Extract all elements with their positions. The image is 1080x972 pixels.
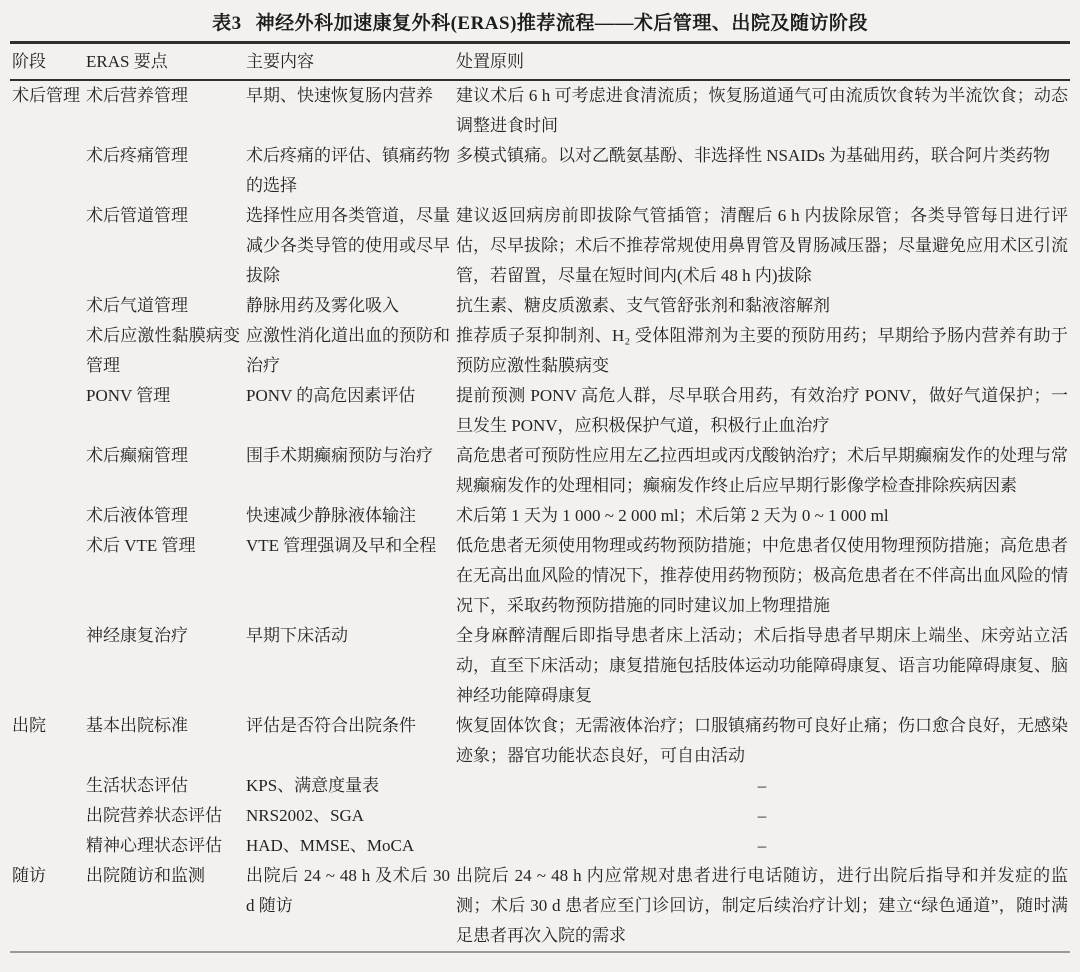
point-cell: 术后营养管理 [86, 80, 246, 141]
table-row: 生活状态评估KPS、满意度量表– [10, 771, 1070, 801]
table-row: PONV 管理PONV 的高危因素评估提前预测 PONV 高危人群，尽早联合用药… [10, 381, 1070, 441]
header-stage: 阶段 [10, 43, 86, 81]
point-cell: 神经康复治疗 [86, 621, 246, 711]
principle-cell: 术后第 1 天为 1 000 ~ 2 000 ml；术后第 2 天为 0 ~ 1… [456, 501, 1070, 531]
stage-cell [10, 201, 86, 291]
content-cell: HAD、MMSE、MoCA [246, 831, 456, 861]
header-main-content: 主要内容 [246, 43, 456, 81]
principle-cell: 出院后 24 ~ 48 h 内应常规对患者进行电话随访，进行出院后指导和并发症的… [456, 861, 1070, 952]
principle-cell: 推荐质子泵抑制剂、H₂ 受体阻滞剂为主要的预防用药；早期给予肠内营养有助于预防应… [456, 321, 1070, 381]
header-principle: 处置原则 [456, 43, 1070, 81]
point-cell: 出院营养状态评估 [86, 801, 246, 831]
principle-cell: 多模式镇痛。以对乙酰氨基酚、非选择性 NSAIDs 为基础用药，联合阿片类药物 [456, 141, 1070, 201]
stage-cell [10, 501, 86, 531]
table-header: 阶段 ERAS 要点 主要内容 处置原则 [10, 43, 1070, 81]
principle-cell: 提前预测 PONV 高危人群，尽早联合用药，有效治疗 PONV，做好气道保护；一… [456, 381, 1070, 441]
content-cell: VTE 管理强调及早和全程 [246, 531, 456, 621]
table-row: 出院营养状态评估NRS2002、SGA– [10, 801, 1070, 831]
principle-cell: 恢复固体饮食；无需液体治疗；口服镇痛药物可良好止痛；伤口愈合良好，无感染迹象；器… [456, 711, 1070, 771]
table-row: 神经康复治疗早期下床活动全身麻醉清醒后即指导患者床上活动；术后指导患者早期床上端… [10, 621, 1070, 711]
point-cell: 术后癫痫管理 [86, 441, 246, 501]
header-row: 阶段 ERAS 要点 主要内容 处置原则 [10, 43, 1070, 81]
point-cell: 术后应激性黏膜病变管理 [86, 321, 246, 381]
stage-cell [10, 621, 86, 711]
stage-cell [10, 771, 86, 801]
principle-cell: 全身麻醉清醒后即指导患者床上活动；术后指导患者早期床上端坐、床旁站立活动，直至下… [456, 621, 1070, 711]
table-row: 术后疼痛管理术后疼痛的评估、镇痛药物的选择多模式镇痛。以对乙酰氨基酚、非选择性 … [10, 141, 1070, 201]
stage-cell [10, 141, 86, 201]
point-cell: 术后疼痛管理 [86, 141, 246, 201]
table-row: 术后应激性黏膜病变管理应激性消化道出血的预防和治疗推荐质子泵抑制剂、H₂ 受体阻… [10, 321, 1070, 381]
point-cell: 术后液体管理 [86, 501, 246, 531]
principle-cell: 建议术后 6 h 可考虑进食清流质；恢复肠道通气可由流质饮食转为半流饮食；动态调… [456, 80, 1070, 141]
table-row: 精神心理状态评估HAD、MMSE、MoCA– [10, 831, 1070, 861]
principle-cell: 低危患者无须使用物理或药物预防措施；中危患者仅使用物理预防措施；高危患者在无高出… [456, 531, 1070, 621]
content-cell: 静脉用药及雾化吸入 [246, 291, 456, 321]
point-cell: 精神心理状态评估 [86, 831, 246, 861]
stage-cell [10, 381, 86, 441]
content-cell: 出院后 24 ~ 48 h 及术后 30 d 随访 [246, 861, 456, 952]
principle-cell: 抗生素、糖皮质激素、支气管舒张剂和黏液溶解剂 [456, 291, 1070, 321]
point-cell: 生活状态评估 [86, 771, 246, 801]
stage-cell: 术后管理 [10, 80, 86, 141]
table-row: 随访出院随访和监测出院后 24 ~ 48 h 及术后 30 d 随访出院后 24… [10, 861, 1070, 952]
principle-cell: – [456, 801, 1070, 831]
stage-cell [10, 531, 86, 621]
content-cell: 快速减少静脉液体输注 [246, 501, 456, 531]
principle-cell: – [456, 771, 1070, 801]
content-cell: 评估是否符合出院条件 [246, 711, 456, 771]
table-body: 术后管理术后营养管理早期、快速恢复肠内营养建议术后 6 h 可考虑进食清流质；恢… [10, 80, 1070, 952]
content-cell: KPS、满意度量表 [246, 771, 456, 801]
stage-cell [10, 801, 86, 831]
table-title-text: 神经外科加速康复外科(ERAS)推荐流程——术后管理、出院及随访阶段 [256, 13, 868, 34]
point-cell: 术后气道管理 [86, 291, 246, 321]
point-cell: 基本出院标准 [86, 711, 246, 771]
principle-cell: – [456, 831, 1070, 861]
stage-cell [10, 831, 86, 861]
point-cell: PONV 管理 [86, 381, 246, 441]
stage-cell [10, 321, 86, 381]
table-row: 术后管道管理选择性应用各类管道，尽量减少各类导管的使用或尽早拔除建议返回病房前即… [10, 201, 1070, 291]
content-cell: 术后疼痛的评估、镇痛药物的选择 [246, 141, 456, 201]
table-row: 术后癫痫管理围手术期癫痫预防与治疗高危患者可预防性应用左乙拉西坦或丙戊酸钠治疗；… [10, 441, 1070, 501]
header-eras-point: ERAS 要点 [86, 43, 246, 81]
document-page: 表3神经外科加速康复外科(ERAS)推荐流程——术后管理、出院及随访阶段 阶段 … [0, 0, 1080, 972]
stage-cell [10, 441, 86, 501]
table-title: 表3神经外科加速康复外科(ERAS)推荐流程——术后管理、出院及随访阶段 [10, 7, 1070, 41]
principle-cell: 建议返回病房前即拔除气管插管；清醒后 6 h 内拔除尿管；各类导管每日进行评估，… [456, 201, 1070, 291]
stage-cell [10, 291, 86, 321]
content-cell: 应激性消化道出血的预防和治疗 [246, 321, 456, 381]
point-cell: 术后管道管理 [86, 201, 246, 291]
content-cell: 围手术期癫痫预防与治疗 [246, 441, 456, 501]
table-row: 术后气道管理静脉用药及雾化吸入抗生素、糖皮质激素、支气管舒张剂和黏液溶解剂 [10, 291, 1070, 321]
table-row: 术后管理术后营养管理早期、快速恢复肠内营养建议术后 6 h 可考虑进食清流质；恢… [10, 80, 1070, 141]
content-cell: 选择性应用各类管道，尽量减少各类导管的使用或尽早拔除 [246, 201, 456, 291]
stage-cell: 随访 [10, 861, 86, 952]
table-number-label: 表3 [212, 13, 242, 34]
table-row: 术后 VTE 管理VTE 管理强调及早和全程低危患者无须使用物理或药物预防措施；… [10, 531, 1070, 621]
point-cell: 出院随访和监测 [86, 861, 246, 952]
point-cell: 术后 VTE 管理 [86, 531, 246, 621]
stage-cell: 出院 [10, 711, 86, 771]
table-row: 出院基本出院标准评估是否符合出院条件恢复固体饮食；无需液体治疗；口服镇痛药物可良… [10, 711, 1070, 771]
content-cell: NRS2002、SGA [246, 801, 456, 831]
table-row: 术后液体管理快速减少静脉液体输注术后第 1 天为 1 000 ~ 2 000 m… [10, 501, 1070, 531]
content-cell: 早期、快速恢复肠内营养 [246, 80, 456, 141]
content-cell: 早期下床活动 [246, 621, 456, 711]
principle-cell: 高危患者可预防性应用左乙拉西坦或丙戊酸钠治疗；术后早期癫痫发作的处理与常规癫痫发… [456, 441, 1070, 501]
eras-table: 阶段 ERAS 要点 主要内容 处置原则 术后管理术后营养管理早期、快速恢复肠内… [10, 41, 1070, 953]
content-cell: PONV 的高危因素评估 [246, 381, 456, 441]
